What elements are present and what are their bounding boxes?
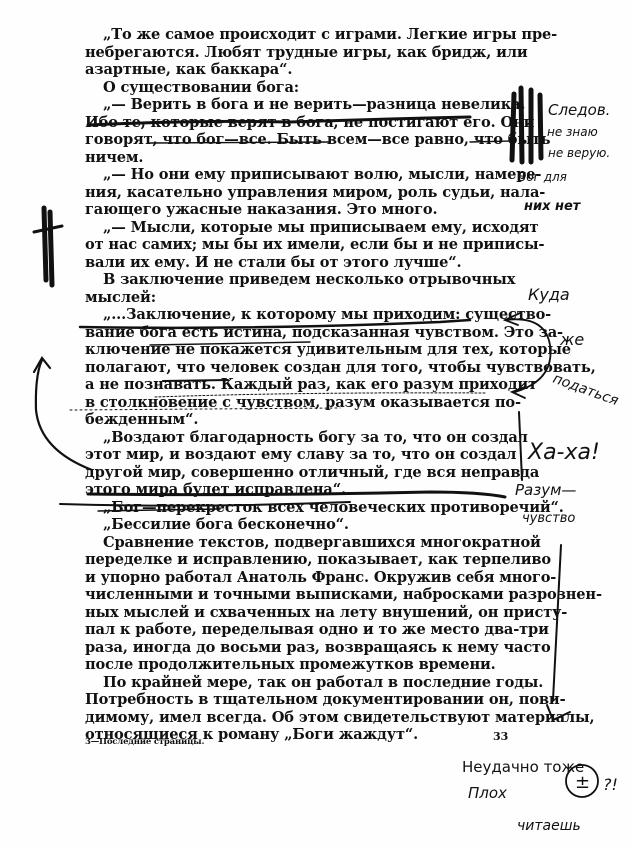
page-number: 33 [493, 730, 508, 743]
text-line: раза, иногда до восьми раз, возвращаясь … [85, 639, 510, 657]
text-line: в столкновение с чувством, разум оказыва… [85, 394, 510, 412]
text-line: говорят, что бог—все. Быть всем—все равн… [85, 131, 510, 149]
text-line: численными и точными выписками, наброска… [85, 586, 510, 604]
text-line: Ибо те, которые верят в бога, не постига… [85, 114, 510, 132]
margin-bars-left [34, 208, 62, 285]
svg-text:податься: податься [551, 371, 621, 409]
text-line: бежденным“. [85, 411, 510, 429]
svg-text:не верую.: не верую. [548, 146, 610, 160]
text-line: „Бессилие бога бесконечно“. [85, 516, 510, 534]
svg-text:Куда: Куда [528, 285, 570, 304]
text-line: „Бог—перекресток всех человеческих проти… [85, 499, 510, 517]
text-line: По крайней мере, так он работал в послед… [85, 674, 510, 692]
text-line: небрегаются. Любят трудные игры, как бри… [85, 44, 510, 62]
text-line: от нас самих; мы бы их имели, если бы и … [85, 236, 510, 254]
printer-signature: 3—Последние страницы. [85, 737, 204, 747]
text-line: этого мира будет исправлена“. [85, 481, 510, 499]
text-line: вание бога есть истина, подсказанная чув… [85, 324, 510, 342]
text-line: ных мыслей и схваченных на лету внушений… [85, 604, 510, 622]
text-line: „— Мысли, которые мы приписываем ему, ис… [85, 219, 510, 237]
svg-text:Разум—: Разум— [515, 481, 576, 499]
text-line: а не познавать. Каждый раз, как его разу… [85, 376, 510, 394]
text-line: „Воздают благодарность богу за то, что о… [85, 429, 510, 447]
circle-mark [566, 765, 598, 797]
svg-text:не знаю: не знаю [547, 125, 598, 139]
body-text: „То же самое происходит с играми. Легкие… [85, 26, 510, 744]
text-line: азартные, как баккара“. [85, 61, 510, 79]
text-line: гающего ужасные наказания. Это много. [85, 201, 510, 219]
text-line: димому, имел всегда. Об этом свидетельст… [85, 709, 510, 727]
note-bottom: Неудачно тоже Плох ± ?! читаешь [462, 758, 618, 834]
text-line: этот мир, и воздают ему славу за то, что… [85, 446, 510, 464]
svg-text:них нет: них нет [524, 199, 582, 214]
svg-text:Плох: Плох [468, 784, 507, 802]
text-line: и упорно работал Анатоль Франс. Окружив … [85, 569, 510, 587]
text-line: „То же самое происходит с играми. Легкие… [85, 26, 510, 44]
text-line: после продолжительных промежутков времен… [85, 656, 510, 674]
text-line: Сравнение текстов, подвергавшихся многок… [85, 534, 510, 552]
svg-text:Следов.: Следов. [548, 101, 610, 119]
text-line: „— Но они ему приписывают волю, мысли, н… [85, 166, 510, 184]
text-line: полагают, что человек создан для того, ч… [85, 359, 510, 377]
curved-arrow-left [34, 358, 92, 470]
text-line: ничем. [85, 149, 510, 167]
text-line: Потребность в тщательном документировани… [85, 691, 510, 709]
svg-text:читаешь: читаешь [517, 818, 581, 834]
text-line: переделке и исправлению, показывает, как… [85, 551, 510, 569]
text-line: В заключение приведем несколько отрывочн… [85, 271, 510, 289]
svg-text:?!: ?! [603, 775, 618, 794]
scanned-page: „То же самое происходит с играми. Легкие… [0, 0, 634, 848]
text-line: пал к работе, переделывая одно и то же м… [85, 621, 510, 639]
text-line: мыслей: [85, 289, 510, 307]
svg-text:Неудачно тоже: Неудачно тоже [462, 758, 584, 776]
text-line: ключение не покажется удивительным для т… [85, 341, 510, 359]
text-line: другой мир, совершенно отличный, где вся… [85, 464, 510, 482]
svg-text:±: ± [575, 772, 590, 793]
text-line: „— Верить в бога и не верить—разница нев… [85, 96, 510, 114]
text-line: ния, касательно управления миром, роль с… [85, 184, 510, 202]
note-ha-ha: Ха-ха! [527, 440, 600, 465]
text-line: „...Заключение, к которому мы приходим: … [85, 306, 510, 324]
text-line: вали их ему. И не стали бы от этого лучш… [85, 254, 510, 272]
text-line: О существовании бога: [85, 79, 510, 97]
